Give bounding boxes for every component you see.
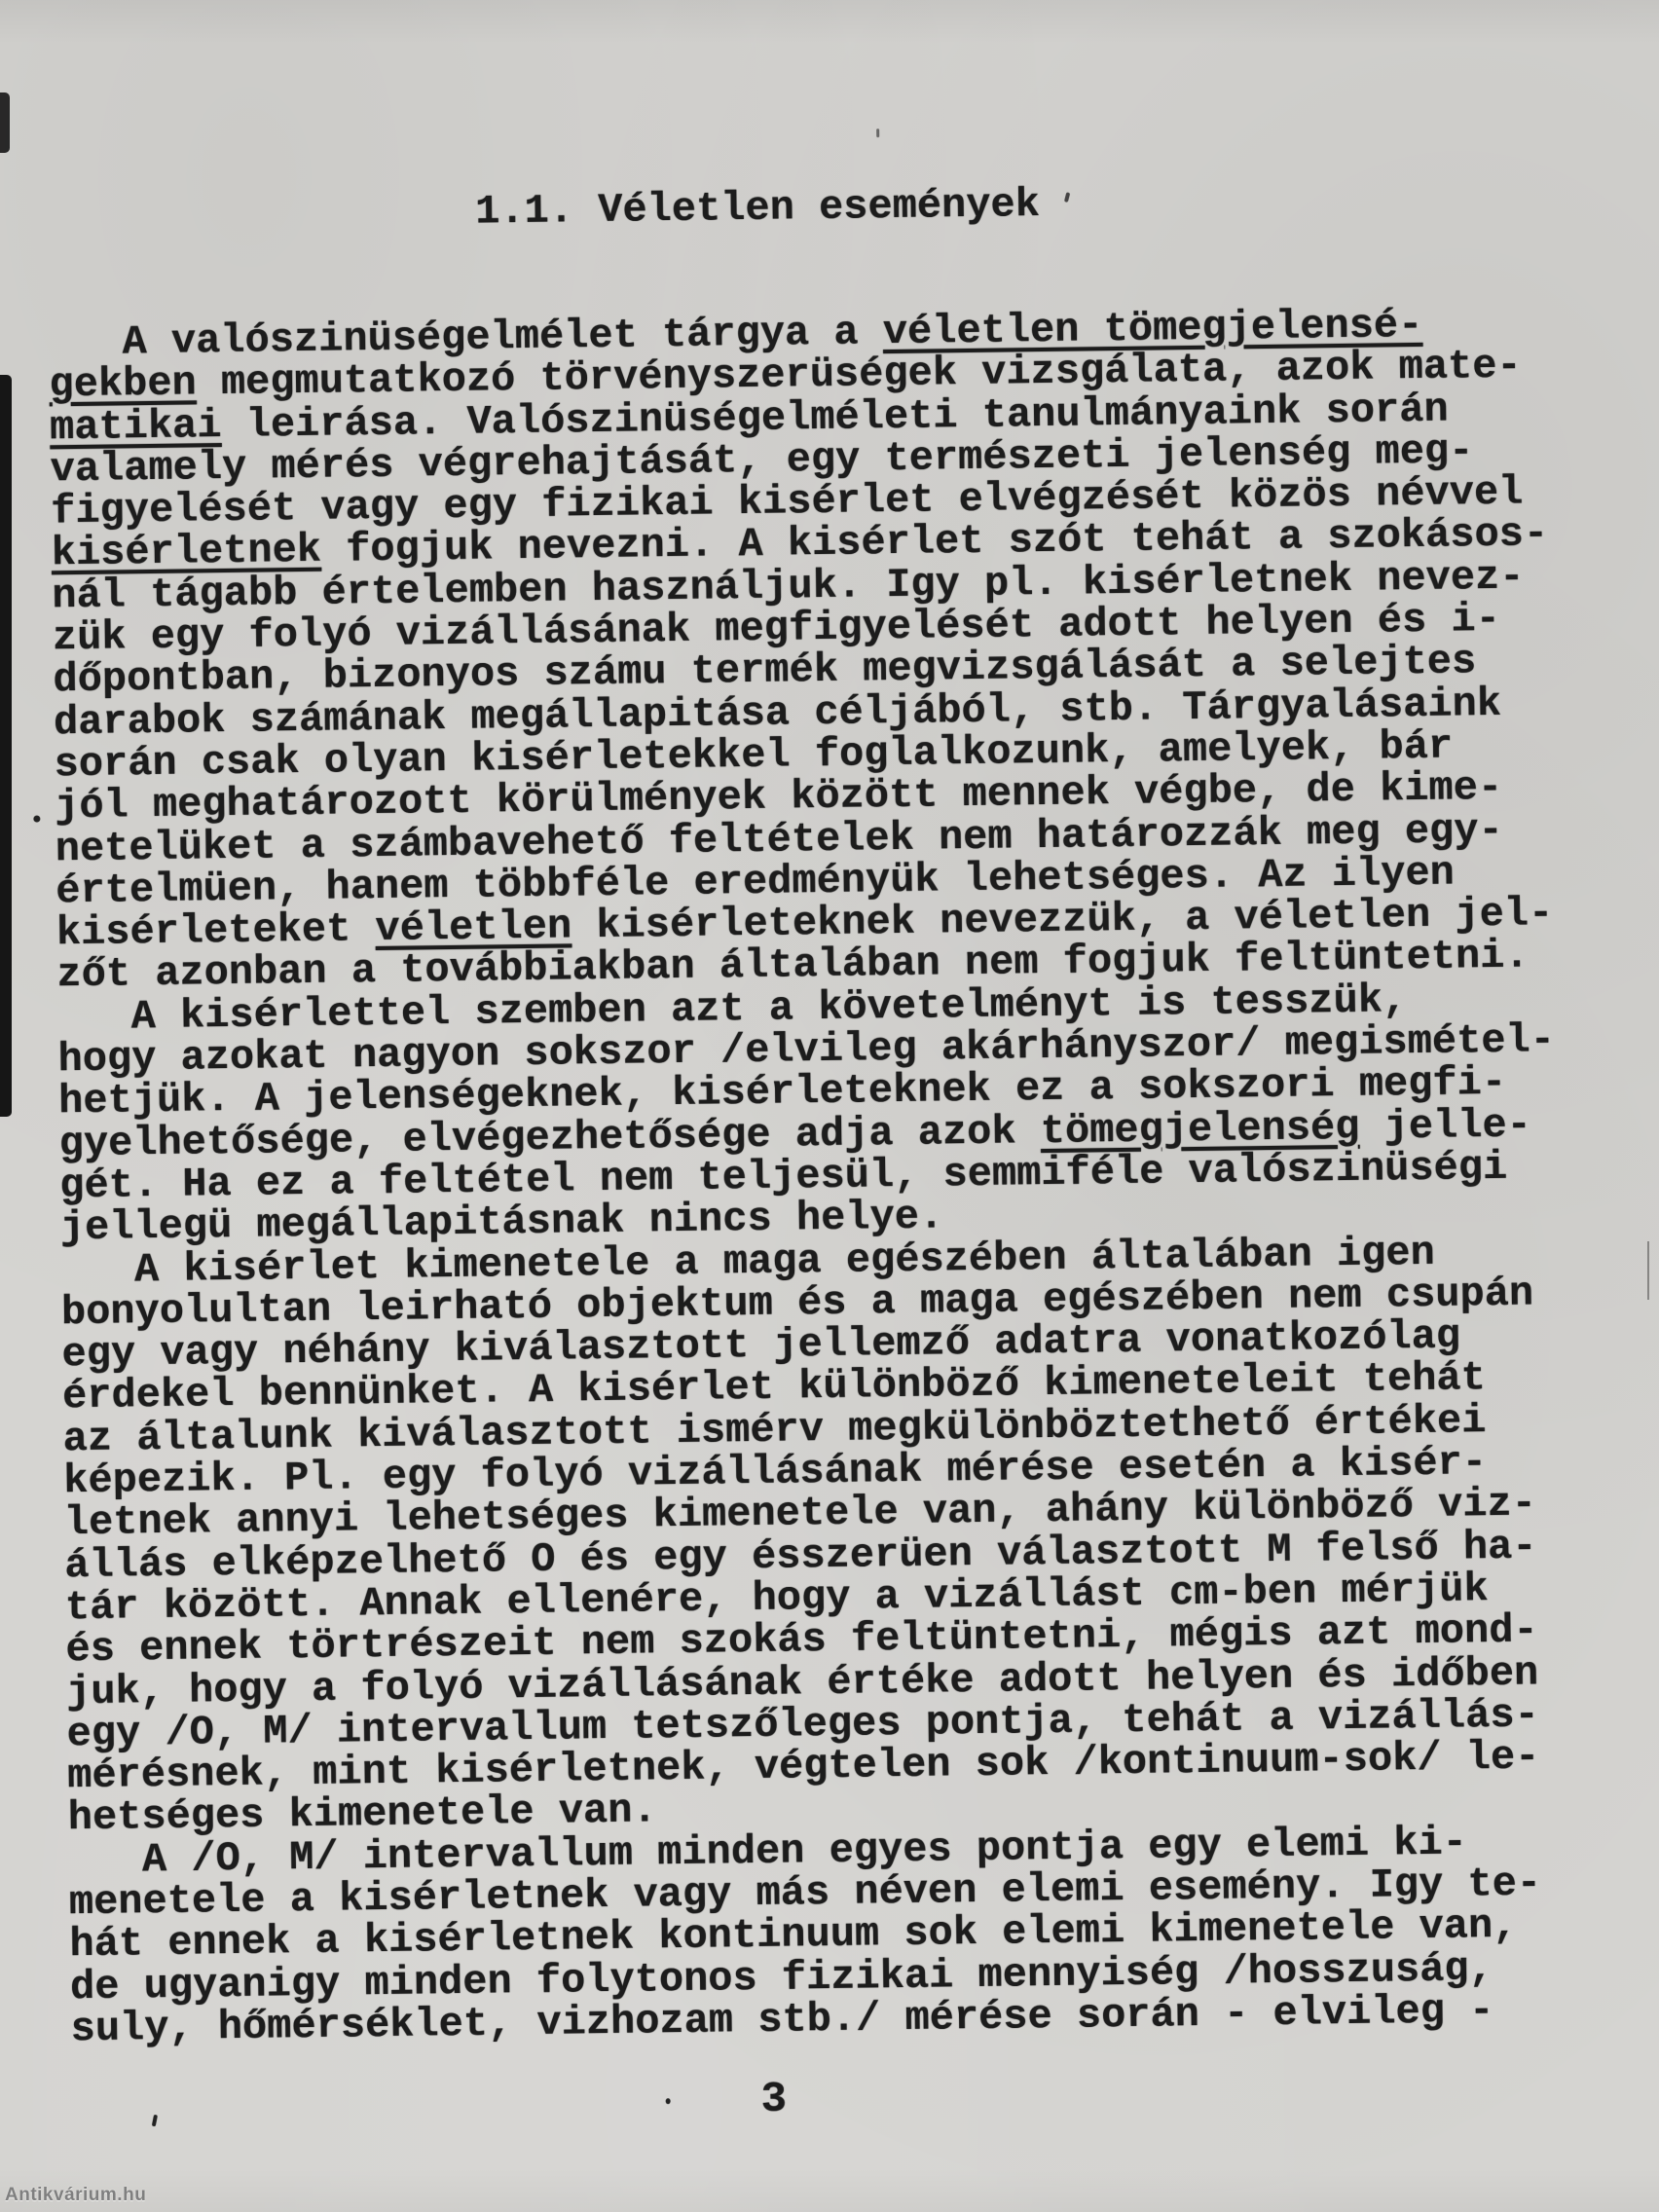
underlined-text: gekben xyxy=(49,360,197,409)
ink-speck xyxy=(152,2115,158,2127)
section-title: 1.1. Véletlen események xyxy=(475,181,1040,236)
scanned-document-page: 1.1. Véletlen események A valószinüségel… xyxy=(0,0,1659,2212)
paragraph: A kisérlettel szemben azt a követelményt… xyxy=(57,977,1558,1250)
paragraph: A valószinüségelmélet tárgya a véletlen … xyxy=(49,303,1554,997)
typed-text-layer: 1.1. Véletlen események A valószinüségel… xyxy=(0,0,1659,2212)
ink-speck xyxy=(666,2098,671,2104)
page-number: 3 xyxy=(760,2076,787,2124)
paragraph: A kisérlet kimenetele a maga egészében á… xyxy=(60,1231,1565,1840)
ink-speck xyxy=(33,816,40,823)
document-body: A valószinüségelmélet tárgya a véletlen … xyxy=(49,303,1568,2050)
scan-edge-artifact xyxy=(0,92,10,153)
ink-speck xyxy=(1064,192,1070,203)
ink-speck xyxy=(876,129,879,137)
watermark: Antikvárium.hu xyxy=(5,2185,146,2206)
scan-edge-artifact xyxy=(0,375,12,1117)
paper-edge-line xyxy=(1647,1241,1649,1300)
paragraph: A /O, M/ intervallum minden egyes pontja… xyxy=(68,1821,1567,2051)
